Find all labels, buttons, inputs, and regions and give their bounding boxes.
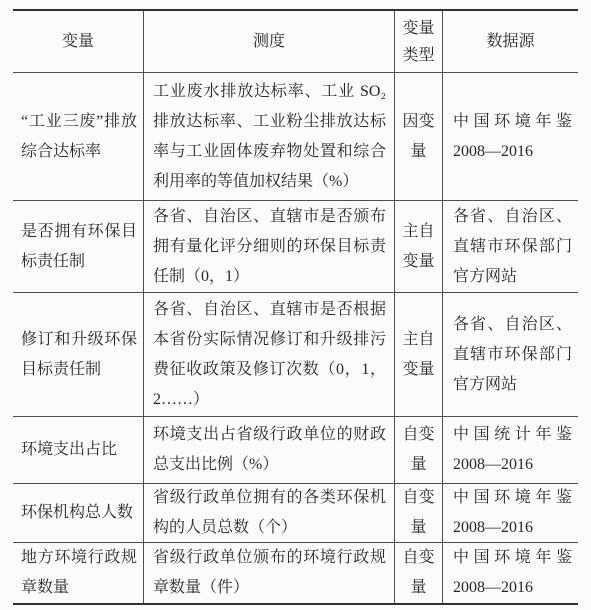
variables-table: 变量 测度 变量类型 数据源 “工业三废”排放综合达标率 工业废水排放达标率、工… bbox=[13, 9, 578, 605]
header-measure: 测度 bbox=[143, 11, 394, 72]
measure-cell: 省级行政单位颁布的环境行政规章数量（件） bbox=[143, 543, 394, 603]
measure-cell: 各省、自治区、直辖市是否颁布拥有量化评分细则的环保目标责任制（0，1） bbox=[143, 201, 394, 292]
variable-cell: 环保机构总人数 bbox=[13, 484, 143, 542]
table-row: 环保机构总人数 省级行政单位拥有的各类环保机构的人员总数（个） 自变量 中国环境… bbox=[13, 483, 578, 542]
variable-cell: 修订和升级环保目标责任制 bbox=[13, 293, 143, 416]
measure-cell: 各省、自治区、直辖市是否根据本省份实际情况修订和升级排污费征收政策及修订次数（0… bbox=[143, 293, 394, 416]
type-cell: 自变量 bbox=[394, 417, 442, 483]
table-row: 修订和升级环保目标责任制 各省、自治区、直辖市是否根据本省份实际情况修订和升级排… bbox=[13, 292, 578, 416]
table-row: 地方环境行政规章数量 省级行政单位颁布的环境行政规章数量（件） 自变量 中国环境… bbox=[13, 542, 578, 603]
source-cell: 中国统计年鉴 2008—2016 bbox=[442, 417, 578, 483]
type-cell: 自变量 bbox=[394, 543, 442, 603]
type-cell: 主自变量 bbox=[394, 293, 442, 416]
source-cell: 各省、自治区、直辖市环保部门官方网站 bbox=[442, 293, 578, 416]
table-row: 环境支出占比 环境支出占省级行政单位的财政总支出比例（%） 自变量 中国统计年鉴… bbox=[13, 416, 578, 483]
variable-cell: 地方环境行政规章数量 bbox=[13, 543, 143, 603]
document-page: 变量 测度 变量类型 数据源 “工业三废”排放综合达标率 工业废水排放达标率、工… bbox=[0, 0, 591, 610]
table-row: “工业三废”排放综合达标率 工业废水排放达标率、工业 SO₂ 排放达标率、工业粉… bbox=[13, 72, 578, 200]
variable-cell: 是否拥有环保目标责任制 bbox=[13, 201, 143, 292]
measure-cell: 环境支出占省级行政单位的财政总支出比例（%） bbox=[143, 417, 394, 483]
source-cell: 中国环境年鉴 2008—2016 bbox=[442, 484, 578, 542]
header-data-source: 数据源 bbox=[442, 11, 578, 72]
header-variable: 变量 bbox=[13, 11, 143, 72]
variable-cell: 环境支出占比 bbox=[13, 417, 143, 483]
source-cell: 各省、自治区、直辖市环保部门官方网站 bbox=[442, 201, 578, 292]
header-variable-type: 变量类型 bbox=[394, 11, 442, 72]
measure-cell: 省级行政单位拥有的各类环保机构的人员总数（个） bbox=[143, 484, 394, 542]
type-cell: 主自变量 bbox=[394, 201, 442, 292]
table-row: 是否拥有环保目标责任制 各省、自治区、直辖市是否颁布拥有量化评分细则的环保目标责… bbox=[13, 200, 578, 292]
measure-cell: 工业废水排放达标率、工业 SO₂ 排放达标率、工业粉尘排放达标率与工业固体废弃物… bbox=[143, 73, 394, 200]
variable-cell: “工业三废”排放综合达标率 bbox=[13, 73, 143, 200]
type-cell: 自变量 bbox=[394, 484, 442, 542]
table-header-row: 变量 测度 变量类型 数据源 bbox=[13, 11, 578, 72]
source-cell: 中国环境年鉴 2008—2016 bbox=[442, 543, 578, 603]
source-cell: 中国环境年鉴 2008—2016 bbox=[442, 73, 578, 200]
type-cell: 因变量 bbox=[394, 73, 442, 200]
